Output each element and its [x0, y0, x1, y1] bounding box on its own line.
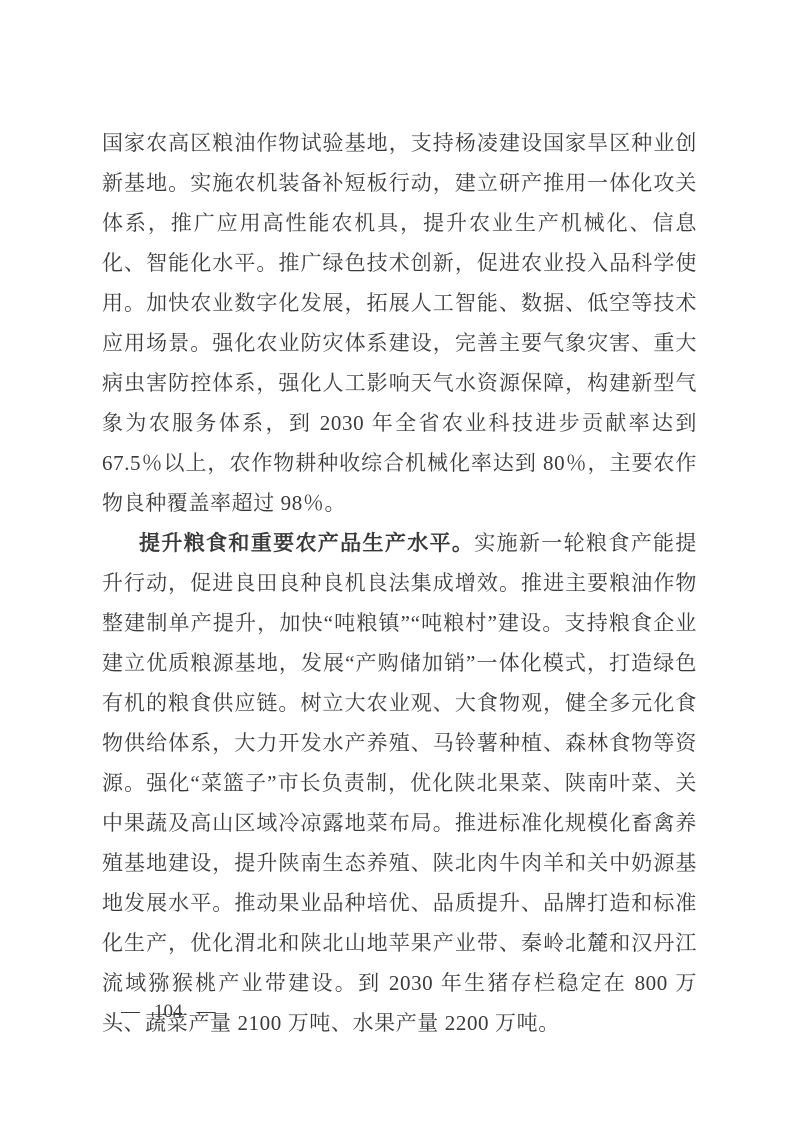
- footer-left-dash: —: [121, 1000, 140, 1024]
- document-page: 国家农高区粮油作物试验基地，支持杨凌建设国家旱区种业创新基地。实施农机装备补短板…: [0, 0, 794, 1123]
- footer-right-dash: —: [197, 1000, 216, 1024]
- paragraph-continuation: 国家农高区粮油作物试验基地，支持杨凌建设国家旱区种业创新基地。实施农机装备补短板…: [102, 123, 697, 523]
- document-body: 国家农高区粮油作物试验基地，支持杨凌建设国家旱区种业创新基地。实施农机装备补短板…: [102, 123, 697, 1043]
- paragraph-body-text: 实施新一轮粮食产能提升行动，促进良田良种良机良法集成增效。推进主要粮油作物整建制…: [102, 531, 697, 1035]
- page-footer: —104—: [121, 1000, 216, 1024]
- page-number: 104: [154, 1000, 183, 1024]
- paragraph-bold-heading: 提升粮食和重要农产品生产水平。: [139, 531, 474, 555]
- paragraph-grain-production: 提升粮食和重要农产品生产水平。实施新一轮粮食产能提升行动，促进良田良种良机良法集…: [102, 523, 697, 1043]
